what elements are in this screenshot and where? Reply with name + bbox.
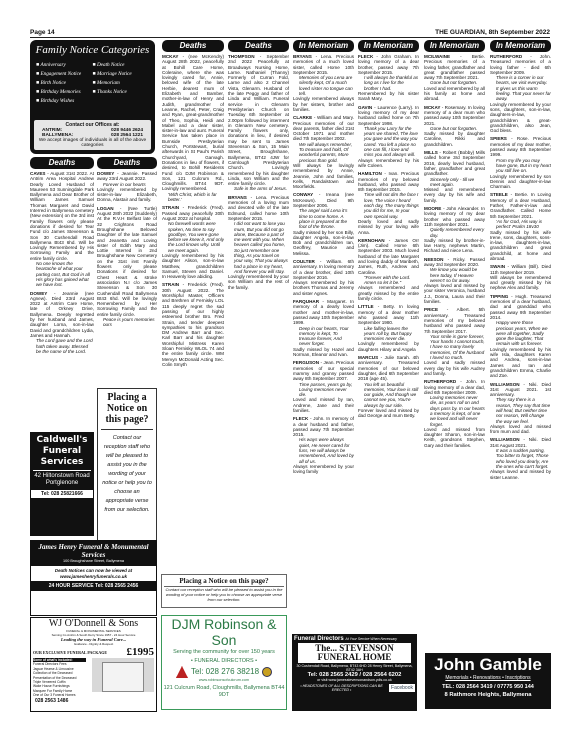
wj-phone: 028 2563 1486 (31, 698, 156, 704)
notice-signoff: Sadly missed by brother-in-law Harry, ne… (424, 238, 485, 254)
notice-entry: FLECK - John. In memory of a dear husban… (293, 416, 354, 474)
james-henry-web-notice: Death Notices can now be viewed at www.j… (31, 566, 156, 581)
djm-tagline: Serving the community for over 150 years (162, 648, 286, 657)
notice-signoff: Sadly missed by daughter Caroline, Rikki… (424, 131, 485, 147)
stevenson-heading: Funeral Directors (294, 636, 344, 642)
notice-entry: CONWAY - Ireana (nee McKeown). Died 9th … (293, 192, 354, 256)
wj-odonnell-ad: WJ O'Donnell & Sons FUNERAL & MONUMENTAL… (30, 617, 157, 712)
page-number: Page 14 (30, 29, 55, 36)
section-header-memoriam: In Memoriam (490, 40, 551, 52)
notice-surname: FERGUSON (293, 360, 319, 365)
notice-entry: BRYANS - Lena. Precious memories of a mu… (293, 54, 354, 112)
notice-surname: DOWEY (97, 171, 114, 176)
gamble-phone: TEL: 028 2564 3419 / 07775 950 144 (425, 684, 551, 690)
section-header-deaths: Deaths (162, 40, 224, 52)
placing-banner-body: Contact our reception staff who will be … (164, 587, 284, 602)
notice-signoff: Dearly loved and sadly missed by your lo… (358, 219, 419, 235)
notice-surname: DOWEY (30, 291, 47, 296)
notice-signoff: Always loved and missed from mum and dad… (490, 424, 551, 435)
deaths-column-4: Deaths THOMPSON - September 2nd 2022 Pea… (228, 40, 289, 570)
notice-surname: HAMILTON (358, 171, 382, 176)
notice-entry: TIPPING - Hugh. Treasured memories of a … (490, 294, 551, 379)
notice-surname: CLARKE (293, 115, 312, 120)
notice-surname: STEELE (490, 192, 508, 197)
notice-surname: WILLIAMSON (490, 437, 520, 442)
wj-package-item: One of Our 3 Funeral Homes (33, 693, 86, 697)
notice-surname: TIPPING (490, 294, 508, 299)
djm-phone: Tel: 028 276 38218 (191, 667, 259, 677)
notice-verse: There is a corner in our hearts, we visi… (490, 75, 551, 101)
section-header-deaths: Deaths (228, 40, 289, 52)
notice-signoff: Lovingly remembered by your sons, daught… (490, 102, 551, 134)
notice-entry: LITTLE - Betty. In loving memory of a de… (358, 304, 419, 352)
notice-surname: NEESON (424, 257, 443, 262)
notice-signoff: Will always be remembered and greatly mi… (490, 275, 551, 291)
notice-signoff: Sadly missed by his wife Irene, sons, da… (490, 230, 551, 262)
notice-surname: FARQUHAR (293, 299, 319, 304)
notice-entry: STRAIN - Frederick (Fred). Passed away p… (162, 205, 224, 279)
notice-surname: RUTHERFORD (490, 54, 522, 59)
memoriam-column-6: In Memoriam FLECK - John Graham. In lovi… (358, 40, 419, 630)
memoriam-column-7: In Memoriam MCILWAINE - Bertie. Precious… (424, 40, 485, 648)
notice-surname: SPIERS (490, 136, 507, 141)
notice-entry: FERGUSON - Jean. Precious memories of ou… (293, 360, 354, 413)
notice-surname: MCKAY (424, 105, 440, 110)
placing-banner-title: Placing a Notice on this page? (164, 577, 284, 587)
notice-entry: RUTHERFORD - John. In loving memory of a… (424, 379, 485, 448)
john-gamble-ad: John Gamble Memorials • Renovations • In… (425, 653, 551, 709)
notice-text: - August 31st 2022. At Antrim Area Hospi… (30, 171, 94, 261)
deaths-column-3: Deaths MCKAY - (nee McKendry) August 28t… (162, 40, 224, 570)
notice-verse: The Lord gave and the Lord hath taken aw… (30, 338, 94, 354)
deaths-column-2: Deaths DOWEY - Jeannie. Passed away 23rd… (97, 157, 157, 385)
notice-surname: THOMPSON (228, 54, 255, 59)
notice-verse: 'As for God, His way is perfect' Psalm 1… (490, 219, 551, 230)
notice-signoff: Loved and remembered by all his family a… (424, 86, 485, 102)
notice-signoff: Lovingly remembered always by her sister… (293, 96, 354, 112)
notice-surname: GAVIN (358, 105, 372, 110)
section-header-memoriam: In Memoriam (293, 40, 354, 52)
notice-surname: SWAIN (490, 264, 505, 269)
notice-entry: SWAIN - William (Bill). Died 11th Septem… (490, 264, 551, 290)
notice-signoff: Lovingly remembered by his wife Isla, da… (490, 347, 551, 379)
notice-verse: The angel said Lena it's time to come ho… (293, 208, 354, 229)
stevenson-heading-sub: At Your Service When Necessary (345, 637, 397, 641)
notice-signoff: Remembered by his sister Sarah Mary. (358, 91, 419, 102)
paper-dateline: THE GUARDIAN, 8th September 2022 (435, 29, 550, 36)
notice-surname: STRAIN (162, 205, 179, 210)
notice-signoff: Always loved and missed by sister Leanne… (490, 469, 551, 480)
notice-signoff: Lovingly remembered by his daughter Alis… (162, 253, 224, 279)
notice-entry: DOWEY - Jeannie (nee Agnew). Died 23rd A… (30, 291, 94, 355)
notice-entry: THOMPSON - September 2nd 2022 Peacefully… (228, 54, 289, 192)
notice-text: - Jeannie (nee Agnew). Died 23rd August … (30, 291, 94, 338)
category-item: Anniversary (36, 62, 93, 68)
notice-surname: PRICE (424, 307, 438, 312)
notice-text: - Frederick (Fred). 30th August 2022. Th… (162, 282, 224, 366)
notice-entry: NEESON - Ricky. Passed away 3rd Septembe… (424, 257, 485, 305)
placing-notice-body: Contact our reception staff who will be … (101, 434, 153, 515)
djm-robinson-ad: DJM Robinson & Son Serving the community… (161, 615, 287, 710)
notice-surname: RUTHERFORD (424, 379, 456, 384)
category-list: AnniversaryDeath NoticeEngagement Notice… (30, 56, 155, 104)
category-item: Engagement Notice (36, 71, 93, 77)
notice-surname: MARCUS (358, 355, 378, 360)
gamble-services: Memorials • Renovations • Inscriptions (425, 675, 551, 681)
djm-service: • FUNERAL DIRECTORS • (162, 657, 286, 666)
notice-verse: No farewell words were spoken, No time t… (162, 221, 224, 253)
funeral-home-photo (92, 658, 154, 692)
notice-signoff: Always remembered by his wife Coleen. (358, 158, 419, 169)
notice-surname: BRYANS (293, 54, 312, 59)
stevenson-address: 30 Cushendall Road, Ballymena, BT43 6HD … (294, 664, 415, 672)
notice-text: - (nee McKendry) August 28th 2022, peace… (162, 54, 224, 191)
notice-signoff: Missed and remembered every day by his w… (424, 187, 485, 203)
notice-verse: Deep in our hearts, Your memory is kept,… (293, 326, 354, 347)
notice-surname: FLECK (293, 416, 308, 421)
notice-entry: WILLIAMSON - Niki. Died 31st August 2021… (490, 437, 551, 479)
notice-signoff: Loved and missed from daughter Sharon, s… (424, 427, 485, 448)
djm-address: 121 Culcrum Road, Cloughmills, Ballymena… (162, 685, 286, 699)
notice-entry: COULTER - William. 6th anniversary. In l… (293, 259, 354, 296)
caldwell-ad: Caldwell's Funeral Services 42 Hiltonsto… (30, 432, 94, 536)
notice-verse: Gone but not forgotten. (424, 80, 485, 85)
notice-surname: COULTER (293, 259, 315, 264)
notice-verse: Time passes, years go by, Loving memorie… (293, 382, 354, 398)
category-item: Birthday Wishes (36, 98, 93, 104)
notice-signoff: Forever loved and missed by dad George a… (358, 408, 419, 419)
placing-notice-title: Placing a Notice on this page? (101, 392, 153, 430)
notice-entry: FLECK - John Graham. In loving memory of… (358, 54, 419, 102)
notice-verse: 'With Christ, which is far better.' (162, 192, 224, 203)
notice-entry: WILLIAMSON - Niki. Died 31st August 2021… (490, 382, 551, 435)
notice-entry: MCKAY - (nee McKendry) August 28th 2022,… (162, 54, 224, 202)
james-henry-phone: 24 HOUR SERVICE Tel: 028 2565 2456 (31, 581, 156, 591)
notice-surname: WILLIAMSON (490, 382, 520, 387)
notice-verse: I will always be thankful as long as I l… (358, 75, 419, 91)
stevenson-headstones: • HEADSTONES OF ALL DESCRIPTIONS CAN BE … (294, 684, 389, 692)
notice-entry: DOWEY - Jeannie. Passed away 23rd August… (97, 171, 157, 203)
djm-web: www.robinsonsofculcrum.com (162, 678, 286, 682)
notice-entry: CLARKE - William and Mary. Precious memo… (293, 115, 354, 189)
notice-verse: Loving memories never die, as years roll… (424, 395, 485, 427)
notice-surname: MOORE (424, 206, 441, 211)
notice-entry: MOORE - John Alexander. In loving memory… (424, 206, 485, 254)
section-header-deaths: Deaths (30, 157, 94, 169)
notice-verse: Safe in the arms of Jesus. (228, 186, 289, 191)
notice-verse: Like falling leaves the years roll by, B… (358, 326, 419, 342)
notice-entry: CAVES - August 31st 2022. At Antrim Area… (30, 171, 94, 288)
caldwell-name: Caldwell's Funeral Services (33, 435, 91, 471)
wj-price: £1995 (127, 646, 155, 658)
notice-text: - September 2nd 2022 Peacefully at Broad… (228, 54, 289, 186)
notice-text: - James Orr (Jim). Called Home 6th Septe… (358, 238, 419, 275)
notice-verse: Happy were those precious years, When we… (490, 320, 551, 346)
notice-verse: We know you would be here today, If Heav… (424, 267, 485, 283)
caldwell-phone: Tel: 028 25821666 (31, 490, 93, 498)
stevenson-ad: Funeral Directors At Your Service When N… (292, 634, 417, 711)
notice-verse: I did not want to lose you mum, But you … (228, 221, 289, 274)
notice-signoff: Always remembered by his brothers Thomas… (293, 280, 354, 296)
wj-package: OUR EXCLUSIVE FUNERAL PACKAGE (33, 650, 107, 655)
notice-entry: MILLS - Robert (Bobby) Mills called home… (424, 150, 485, 203)
notice-verse: Peace is yours memories ours (97, 317, 157, 328)
deaths-column-1: Deaths CAVES - August 31st 2022. At Antr… (30, 157, 94, 429)
category-item: Memoriam (93, 80, 150, 86)
notice-verse: Time will not dim the face I love, The v… (358, 192, 419, 218)
placing-notice-box: Placing a Notice on this page? Contact o… (97, 388, 157, 554)
james-henry-name: James Henry Funeral & Monumental Service… (33, 543, 154, 559)
notice-surname: LITTLE (358, 304, 374, 309)
wj-name: WJ O'Donnell & Sons (31, 618, 156, 629)
notice-entry: STRAIN - Frederick (Fred). 30th August 2… (162, 282, 224, 367)
notice-entry: MARCUS - Julie Sarah. 4th anniversary. T… (358, 355, 419, 419)
notice-entry: BRYANS - Lena. Precious memories of a lo… (228, 195, 289, 290)
notice-verse: "Forever with the Lord. Amen so let it b… (358, 275, 419, 286)
notice-verse: Quietly remembered every day. (424, 227, 485, 238)
crest-logo-icon (262, 667, 272, 677)
notice-entry: LOGAN - (Nee Turtle) August 28th 2022 (S… (97, 206, 157, 328)
notice-verse: Thank you Larry for the years we shared,… (358, 126, 419, 158)
notice-surname: FLECK (358, 54, 373, 59)
james-henry-address: 100 Broughshane Street, Ballymena (33, 559, 154, 564)
category-item: Thanks Notice (93, 89, 150, 95)
notice-verse: Your smile is gone forever, Your hands I… (424, 334, 485, 360)
notice-signoff: Sadly missed by Hazel and Norman, Eleano… (293, 347, 354, 358)
category-item: Marriage Notice (93, 71, 150, 77)
notice-verse: We will always remember, To treasure and… (293, 142, 354, 163)
notice-verse: Sincerely only - till we meet again. (424, 177, 485, 188)
notice-signoff: Always loved and missed by your sister V… (424, 283, 485, 304)
placing-notice-banner: Placing a Notice on this page? Contact o… (161, 574, 287, 608)
notice-verse: They say there is a reason, They say tha… (490, 397, 551, 423)
notice-verse: Memories of you Lena are silently kept, … (293, 75, 354, 96)
contact-box: Contact our Offices at: ANTRIM:028 9446 … (34, 120, 151, 150)
notice-surname: CONWAY (293, 192, 313, 197)
notice-entry: PRICE - Albert. 5th anniversary. Treasur… (424, 307, 485, 376)
notice-surname: MCKAY (162, 54, 178, 59)
notice-signoff: Lovingly remembered by your son William … (228, 274, 289, 290)
category-item: Birth Notice (36, 80, 93, 86)
memoriam-column-5: In Memoriam BRYANS - Lena. Precious memo… (293, 40, 354, 630)
notice-signoff: Lovingly remembered by daughters Hilary … (358, 341, 419, 352)
notice-verse: From my life you may have gone, But in m… (490, 158, 551, 174)
notice-signoff: Will always be lovingly remembered by An… (293, 163, 354, 189)
page-header: Page 14 THE GUARDIAN, 8th September 2022 (30, 29, 550, 38)
category-item: Birthday Memories (36, 89, 93, 95)
stevenson-name-2: FUNERAL HOME (299, 653, 410, 662)
notice-surname: MCILWAINE (424, 54, 450, 59)
notice-verse: No one knows the heartache of what your … (30, 261, 94, 287)
james-henry-ad: James Henry Funeral & Monumental Service… (30, 540, 157, 616)
gamble-name: John Gamble (425, 655, 551, 675)
notice-entry: RUTHERFORD - John. Treasured memories of… (490, 54, 551, 133)
notice-surname: CAVES (30, 171, 46, 176)
notice-signoff: Lovingly remembered by sister-in-law Eli… (97, 187, 157, 203)
notice-entry: MCILWAINE - Bertie. Precious memories of… (424, 54, 485, 102)
notice-signoff: Lovingly remembered by son Dennis and da… (490, 174, 551, 190)
caldwell-address: 42 Hiltonstown Road Portglenone (30, 473, 94, 487)
notice-entry: HAMILTON - Ivan. Precious memories of my… (358, 171, 419, 235)
stevenson-web: or visit www.jamesstevensonandson.ydis.c… (294, 678, 415, 682)
notice-entry: MCKAY - Rosemary. In loving memory of a … (424, 105, 485, 147)
gamble-address: 8 Rathmore Heights, Ballymena (425, 692, 551, 698)
notice-surname: BRYANS (228, 195, 247, 200)
notice-verse: His ways were always quiet, He never car… (293, 437, 354, 463)
wj-package-list: Some of what's included:Funeral Director… (31, 658, 86, 698)
notice-surname: STRAIN (162, 282, 179, 287)
notice-text: - (Nee Turtle) August 28th 2022 (Suddenl… (97, 206, 157, 317)
section-header-deaths: Deaths (97, 157, 157, 169)
categories-title: Family Notice Categories (30, 44, 155, 56)
triangle-logo-icon (176, 666, 188, 678)
facebook-icon: Facebook (389, 684, 415, 692)
notice-surname: LOGAN (97, 206, 114, 211)
notice-signoff: Sadly missed by her son Billy, daughter … (293, 230, 354, 256)
djm-name: DJM Robinson & Son (162, 616, 286, 648)
notice-signoff: Loved and sadly missed every day by his … (424, 360, 485, 376)
notice-entry: GAVIN - Laurence (Larry). In loving memo… (358, 105, 419, 169)
notice-entry: STEELE - Bertie. In Loving Memory of a d… (490, 192, 551, 261)
notice-surname: MILLS (424, 150, 438, 155)
notice-entry: SPIERS - Rose. Precious memories of my d… (490, 136, 551, 189)
notice-surname: KERNOHAN (358, 238, 385, 243)
category-item: Death Notice (93, 62, 150, 68)
family-notice-categories: Family Notice Categories AnniversaryDeat… (30, 40, 155, 154)
section-header-memoriam: In Memoriam (424, 40, 485, 52)
section-header-memoriam: In Memoriam (358, 40, 419, 52)
notice-entry: FARQUHAR - Margaret. In memory of a dear… (293, 299, 354, 357)
notice-entry: KERNOHAN - James Orr (Jim). Called Home … (358, 238, 419, 302)
notice-signoff: Loved and missed by Ian, Andrene, Jane a… (293, 397, 354, 413)
notice-verse: You left us beautiful memories, Your lov… (358, 382, 419, 408)
memoriam-column-8: In Memoriam RUTHERFORD - John. Treasured… (490, 40, 551, 648)
notice-signoff: Always remembered and greatly missed by … (358, 285, 419, 301)
notice-verse: It was a sudden parting, Too bitter to f… (490, 448, 551, 469)
images-note: We accept images of individuals in all o… (36, 138, 149, 148)
notice-signoff: Always remembered by your loving family (293, 464, 354, 475)
